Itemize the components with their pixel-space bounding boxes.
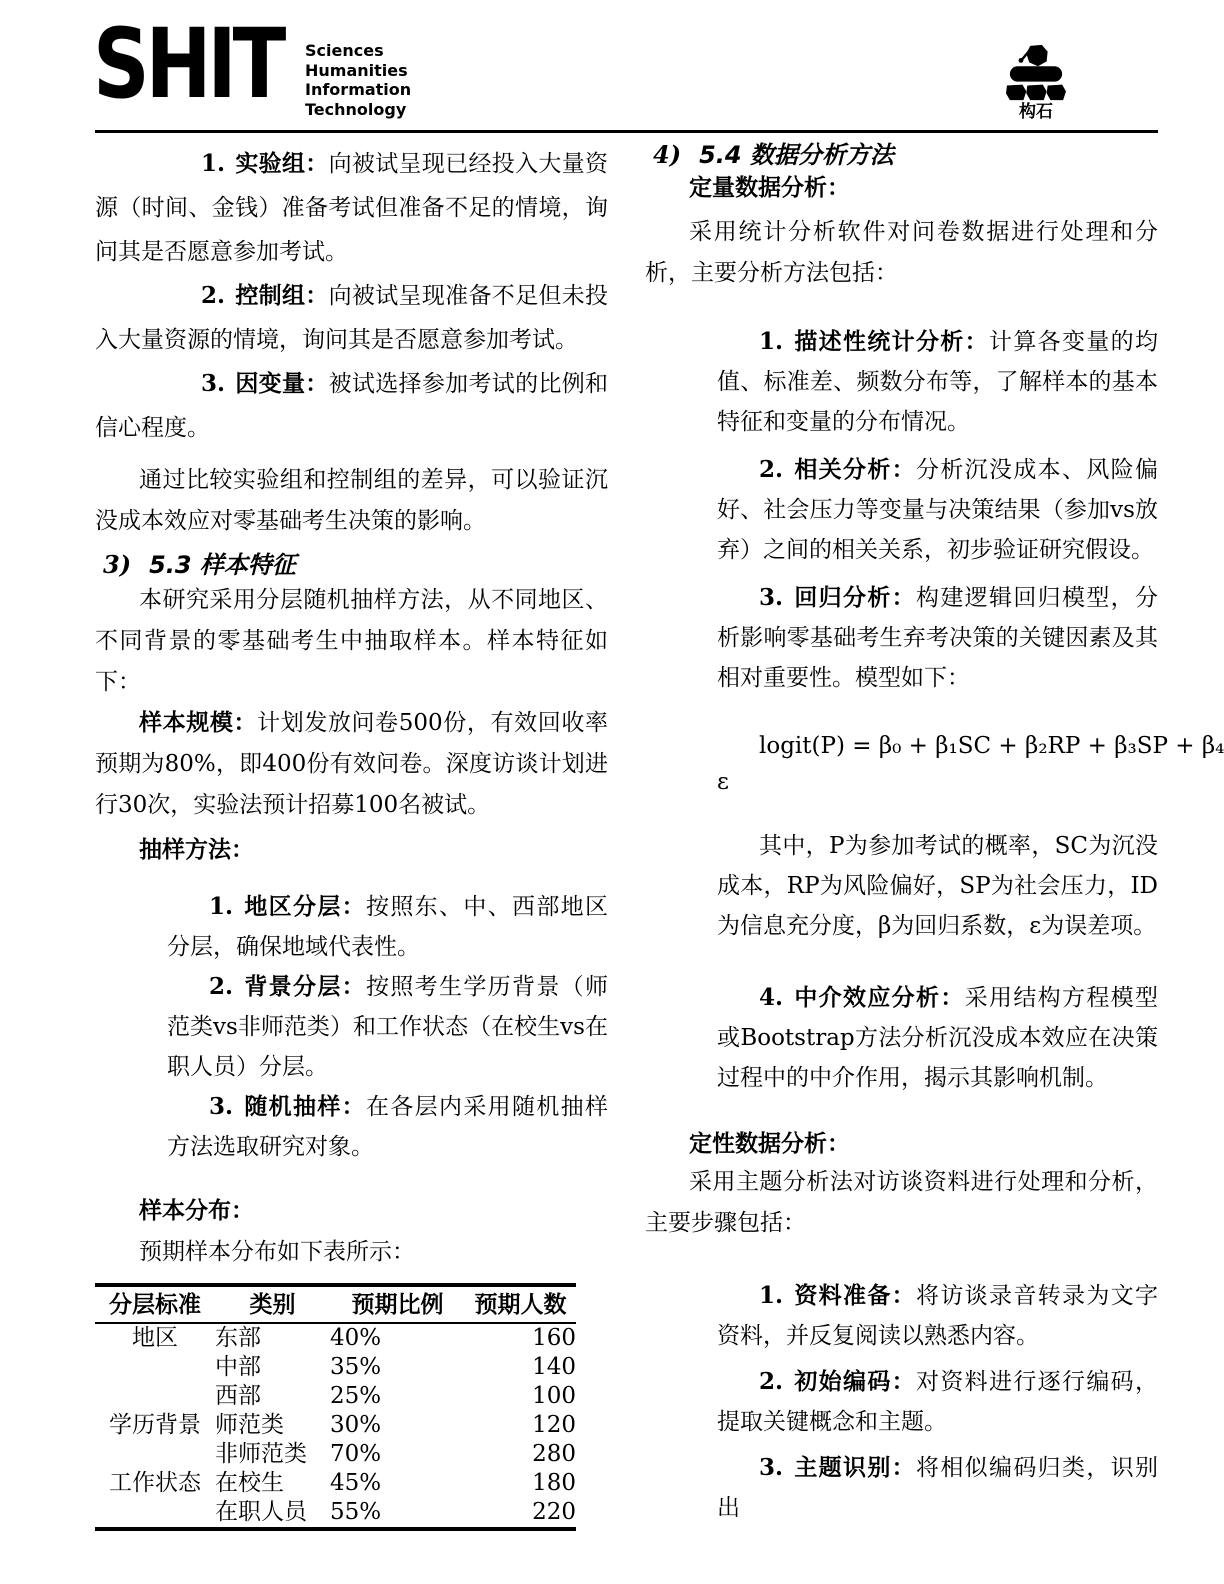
sample-distribution-table: 分层标准 类别 预期比例 预期人数 地区东部40%160 中部35%140 西部… [95,1283,576,1531]
paragraph: 采用主题分析法对访谈资料进行处理和分析，主要步骤包括： [645,1162,1158,1244]
list-item: 2.背景分层：按照考生学历背景（师范类vs非师范类）和工作状态（在校生vs在职人… [167,967,608,1087]
table-header: 预期比例 [330,1285,465,1323]
logo-sub-line: Humanities [305,61,411,81]
table-header: 分层标准 [95,1285,215,1323]
table-row: 非师范类70%280 [95,1440,576,1469]
sample-distribution-label: 样本分布： [95,1191,608,1232]
qualitative-analysis-label: 定性数据分析： [645,1126,1158,1162]
sampling-method-label: 抽样方法： [95,830,608,871]
table-header: 预期人数 [465,1285,576,1323]
logo-sub-line: Information [305,80,411,100]
paragraph: 本研究采用分层随机抽样方法，从不同地区、不同背景的零基础考生中抽取样本。样本特征… [95,580,608,703]
quantitative-analysis-label: 定量数据分析： [645,170,1158,206]
list-item: 1.描述性统计分析：计算各变量的均值、标准差、频数分布等，了解样本的基本特征和变… [717,322,1158,442]
paragraph: 预期样本分布如下表所示： [95,1232,608,1273]
org-name: 构石 [1000,103,1072,121]
org-logo: 构石 [1000,42,1072,121]
table-row: 工作状态在校生45%180 [95,1469,576,1498]
table-row: 西部25%100 [95,1382,576,1411]
document-page: SHIT Sciences Humanities Information Tec… [0,0,1224,1584]
logit-formula: logit(P) = β₀ + β₁SC + β₂RP + β₃SP + β₄I… [717,728,1158,800]
header-divider [95,130,1158,133]
list-item: 3.随机抽样：在各层内采用随机抽样方法选取研究对象。 [167,1087,608,1167]
shit-logo: SHIT [93,16,282,112]
left-column: 1.实验组：向被试呈现已经投入大量资源（时间、金钱）准备考试但准备不足的情境，询… [95,142,608,1531]
table-header-row: 分层标准 类别 预期比例 预期人数 [95,1285,576,1323]
paragraph: 采用统计分析软件对问卷数据进行处理和分析，主要分析方法包括： [645,212,1158,294]
list-item: 3.主题识别：将相似编码归类，识别出 [717,1448,1158,1528]
list-item: 1.资料准备：将访谈录音转录为文字资料，并反复阅读以熟悉内容。 [717,1276,1158,1356]
logo-sub-line: Technology [305,100,411,120]
list-item: 2.相关分析：分析沉没成本、风险偏好、社会压力等变量与决策结果（参加vs放弃）之… [717,450,1158,570]
logo-sub-line: Sciences [305,41,411,61]
list-item: 1.地区分层：按照东、中、西部地区分层，确保地域代表性。 [167,887,608,967]
table-row: 学历背景师范类30%120 [95,1411,576,1440]
section-heading-5-3: 3)5.3 样本特征 [95,550,608,580]
formula-line-1: logit(P) = β₀ + β₁SC + β₂RP + β₃SP + β₄I… [759,733,1224,759]
list-item: 1.实验组：向被试呈现已经投入大量资源（时间、金钱）准备考试但准备不足的情境，询… [95,142,608,274]
formula-note: 其中，P为参加考试的概率，SC为沉没成本，RP为风险偏好，SP为社会压力，ID为… [717,826,1158,946]
paragraph: 样本规模：计划发放问卷500份，有效回收率预期为80%，即400份有效问卷。深度… [95,703,608,826]
list-item: 3.因变量：被试选择参加考试的比例和信心程度。 [95,362,608,450]
list-item: 2.初始编码：对资料进行逐行编码，提取关键概念和主题。 [717,1362,1158,1442]
table-row: 地区东部40%160 [95,1323,576,1353]
list-item: 2.控制组：向被试呈现准备不足但未投入大量资源的情境，询问其是否愿意参加考试。 [95,274,608,362]
shit-logo-subtitle: Sciences Humanities Information Technolo… [305,41,411,119]
rock-pile-icon [1000,42,1072,102]
paragraph: 通过比较实验组和控制组的差异，可以验证沉没成本效应对零基础考生决策的影响。 [95,460,608,542]
table-header: 类别 [215,1285,330,1323]
list-item: 3.回归分析：构建逻辑回归模型，分析影响零基础考生弃考决策的关键因素及其相对重要… [717,578,1158,698]
table-row: 中部35%140 [95,1353,576,1382]
table-row: 在职人员55%220 [95,1498,576,1529]
right-column: 4)5.4 数据分析方法 定量数据分析： 采用统计分析软件对问卷数据进行处理和分… [645,140,1158,1528]
section-heading-5-4: 4)5.4 数据分析方法 [645,140,1158,170]
formula-line-2: ε [717,769,729,795]
list-item: 4.中介效应分析：采用结构方程模型或Bootstrap方法分析沉没成本效应在决策… [717,978,1158,1098]
